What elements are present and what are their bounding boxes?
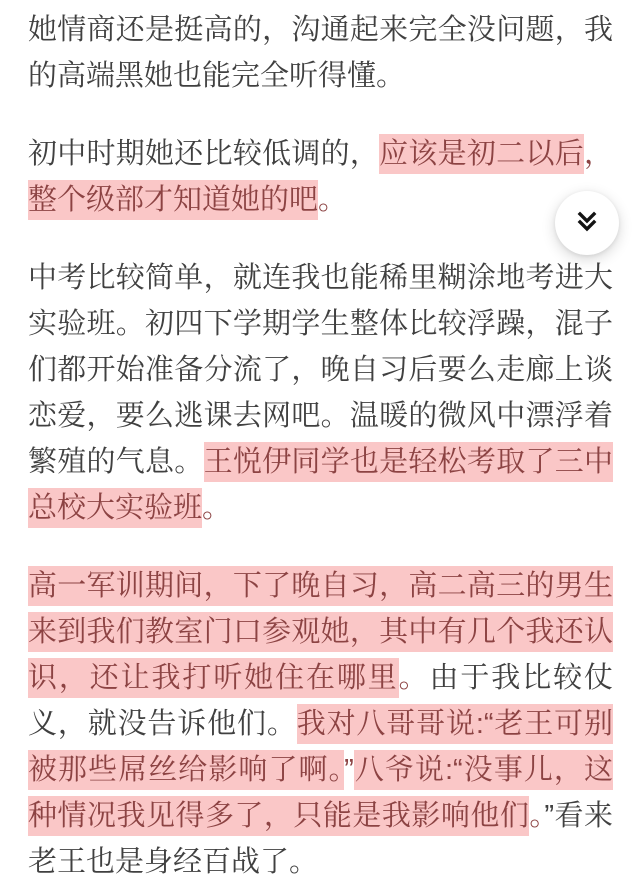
paragraph: 初中时期她还比较低调的，应该是初二以后，整个级部才知道她的吧。 [28, 131, 613, 223]
scroll-down-button[interactable] [555, 191, 619, 255]
marked-punctuation: 。 [399, 662, 430, 694]
article-page: 她情商还是挺高的，沟通起来完全没问题，我的高端黑她也能完全听得懂。初中时期她还比… [0, 0, 641, 896]
highlighted-text-segment: 应该是初二以后 [379, 134, 584, 174]
marked-punctuation: ， [584, 138, 613, 170]
double-chevron-down-icon [573, 209, 601, 237]
marked-punctuation: 。 [202, 492, 231, 524]
marked-punctuation: 。 [318, 184, 347, 216]
paragraph: 高一军训期间，下了晚自习，高二高三的男生来到我们教室门口参观她，其中有几个我还认… [28, 563, 613, 885]
marked-punctuation: 。 [529, 800, 544, 832]
paragraph: 中考比较简单，就连我也能稀里糊涂地考进大实验班。初四下学期学生整体比较浮躁，混子… [28, 255, 613, 531]
text-segment: 初中时期她还比较低调的， [28, 138, 379, 170]
text-segment: 她情商还是挺高的，沟通起来完全没问题，我的高端黑她也能完全听得懂。 [28, 14, 613, 92]
marked-punctuation: ” [344, 754, 354, 786]
paragraph: 她情商还是挺高的，沟通起来完全没问题，我的高端黑她也能完全听得懂。 [28, 7, 613, 99]
highlighted-text-segment: 整个级部才知道她的吧 [28, 180, 318, 220]
article-body: 她情商还是挺高的，沟通起来完全没问题，我的高端黑她也能完全听得懂。初中时期她还比… [0, 0, 641, 885]
